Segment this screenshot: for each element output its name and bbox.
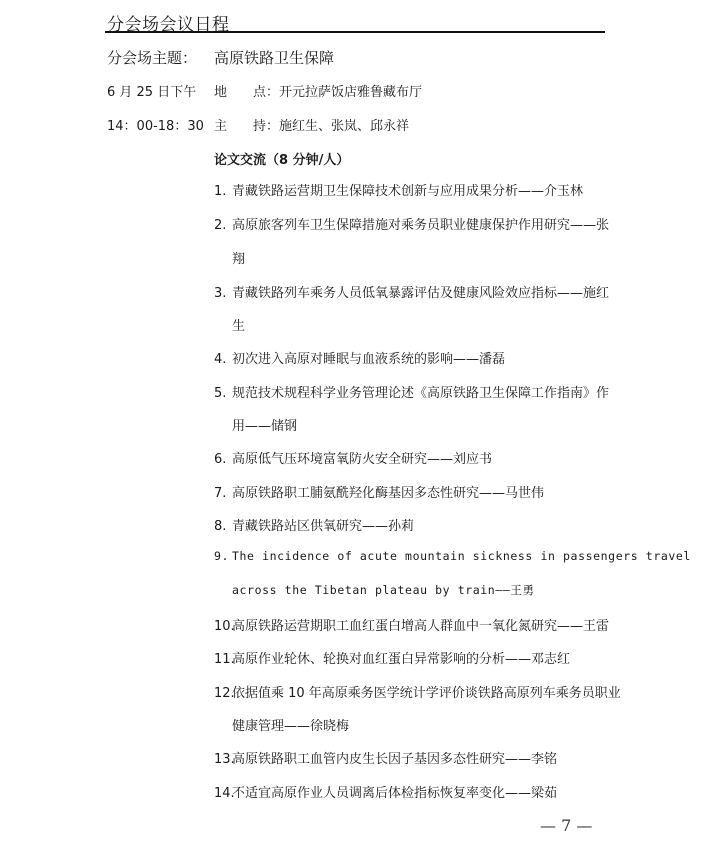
paper-item-13: 13.高原铁路职工血管内皮生长因子基因多态性研究——李铭 (214, 748, 557, 767)
paper-item-2-cont: 翔 (232, 248, 245, 267)
papers-heading: 论文交流（8 分钟/人） (214, 149, 349, 168)
paper-item-4: 4.初次进入高原对睡眠与血液系统的影响——潘磊 (214, 348, 505, 367)
paper-item-14: 14.不适宜高原作业人员调离后体检指标恢复率变化——梁茹 (214, 782, 557, 801)
paper-item-11: 11.高原作业轮休、轮换对血红蛋白异常影响的分析——邓志红 (214, 648, 570, 667)
paper-item-3: 3.青藏铁路列车乘务人员低氧暴露评估及健康风险效应指标——施红 (214, 282, 609, 301)
host-line: 主 持：施红生、张岚、邱永祥 (214, 115, 409, 134)
paper-item-5-cont: 用——储钢 (232, 415, 297, 434)
session-date: 6 月 25 日下午 (107, 81, 196, 100)
location-label: 地 点： (214, 85, 279, 100)
paper-item-6: 6.高原低气压环境富氧防火安全研究——刘应书 (214, 448, 492, 467)
paper-item-10: 10.高原铁路运营期职工血红蛋白增高人群血中一氧化氮研究——王雷 (214, 615, 609, 634)
paper-item-3-cont: 生 (232, 315, 245, 334)
theme-label: 分会场主题： (107, 47, 197, 68)
page-number: — 7 — (540, 816, 592, 835)
paper-item-1: 1.青藏铁路运营期卫生保障技术创新与应用成果分析——介玉林 (214, 180, 583, 199)
paper-item-12: 12.依据值乘 10 年高原乘务医学统计学评价谈铁路高原列车乘务员职业 (214, 682, 621, 701)
paper-item-7: 7.高原铁路职工脯氨酰羟化酶基因多态性研究——马世伟 (214, 482, 544, 501)
theme-value: 高原铁路卫生保障 (214, 47, 334, 68)
location-line: 地 点：开元拉萨饭店雅鲁藏布厅 (214, 81, 422, 100)
session-time: 14：00-18：30 (107, 115, 204, 134)
header-divider (105, 31, 605, 33)
paper-item-12-cont: 健康管理——徐晓梅 (232, 715, 349, 734)
location-value: 开元拉萨饭店雅鲁藏布厅 (279, 85, 422, 100)
host-label: 主 持： (214, 119, 279, 134)
host-value: 施红生、张岚、邱永祥 (279, 119, 409, 134)
paper-item-8: 8.青藏铁路站区供氧研究——孙莉 (214, 515, 414, 534)
paper-item-9: 9.The incidence of acute mountain sickne… (214, 549, 691, 563)
paper-item-2: 2.高原旅客列车卫生保障措施对乘务员职业健康保护作用研究——张 (214, 214, 609, 233)
paper-item-5: 5.规范技术规程科学业务管理论述《高原铁路卫生保障工作指南》作 (214, 382, 609, 401)
paper-item-9-cont: across the Tibetan plateau by train——王勇 (232, 582, 535, 598)
